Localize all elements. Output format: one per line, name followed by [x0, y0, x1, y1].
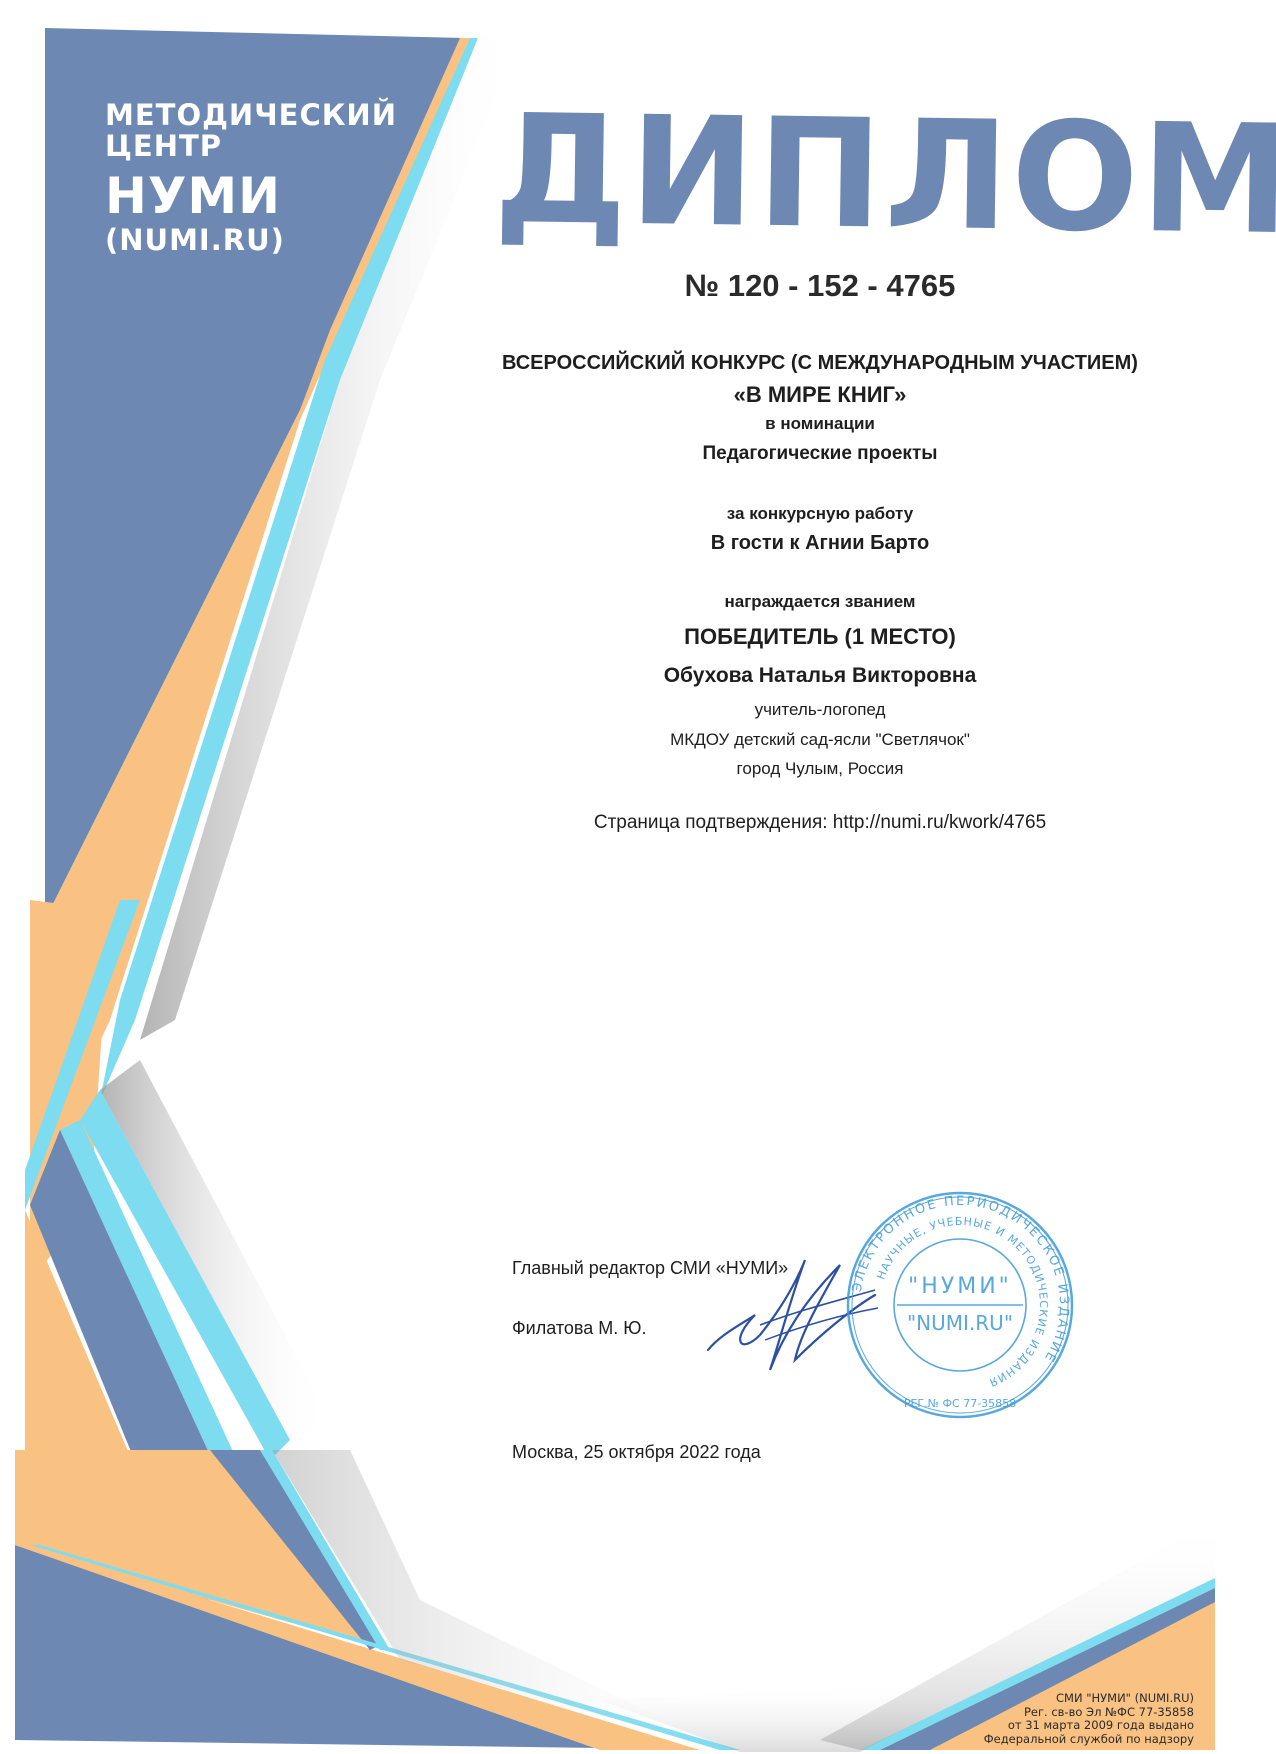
svg-text:РЕГ.№ ФС 77-35858: РЕГ.№ ФС 77-35858 — [904, 1397, 1016, 1410]
org-name: НУМИ — [105, 168, 397, 224]
org-site: (NUMI.RU) — [105, 224, 397, 256]
recipient-institution: МКДОУ детский сад-ясли "Светлячок" — [440, 730, 1200, 750]
svg-text:"NUMI.RU": "NUMI.RU" — [907, 1311, 1013, 1335]
svg-text:НАУЧНЫЕ, УЧЕБНЫЕ И МЕТОДИЧЕСКИ: НАУЧНЫЕ, УЧЕБНЫЕ И МЕТОДИЧЕСКИЕ ИЗДАНИЯ — [874, 1215, 1050, 1389]
org-line-1: МЕТОДИЧЕСКИЙ — [105, 100, 397, 131]
recipient-position: учитель-логопед — [440, 700, 1200, 720]
recipient-name: Обухова Наталья Викторовна — [440, 664, 1200, 688]
signer-name: Филатова М. Ю. — [512, 1318, 646, 1339]
organization-logo-block: МЕТОДИЧЕСКИЙ ЦЕНТР НУМИ (NUMI.RU) — [105, 100, 397, 256]
svg-text:"НУМИ": "НУМИ" — [908, 1274, 1012, 1299]
registration-line-1: СМИ "НУМИ" (NUMI.RU) — [984, 1692, 1194, 1706]
work-title: В гости к Агнии Барто — [440, 532, 1200, 555]
contest-name: «В МИРЕ КНИГ» — [440, 382, 1200, 408]
work-label: за конкурсную работу — [440, 504, 1200, 524]
contest-title: ВСЕРОССИЙСКИЙ КОНКУРС (С МЕЖДУНАРОДНЫМ У… — [440, 352, 1200, 375]
registration-line-3: от 31 марта 2009 года выдано — [984, 1719, 1194, 1733]
confirmation-link[interactable]: Страница подтверждения: http://numi.ru/k… — [440, 812, 1200, 834]
org-line-2: ЦЕНТР — [105, 131, 397, 162]
registration-line-2: Рег. св-во Эл №ФС 77-35858 — [984, 1706, 1194, 1720]
award-title: ПОБЕДИТЕЛЬ (1 МЕСТО) — [440, 624, 1200, 650]
diploma-number: № 120 - 152 - 4765 — [440, 268, 1200, 304]
recipient-city: город Чулым, Россия — [440, 759, 1200, 779]
document-title: ДИПЛОМ — [493, 95, 1195, 255]
registration-line-4: Федеральной службой по надзору — [984, 1733, 1194, 1747]
award-label: награждается званием — [440, 592, 1200, 612]
diploma-page: МЕТОДИЧЕСКИЙ ЦЕНТР НУМИ (NUMI.RU) ДИПЛОМ… — [0, 0, 1276, 1754]
place-date: Москва, 25 октября 2022 года — [512, 1442, 761, 1463]
nomination: Педагогические проекты — [440, 443, 1200, 465]
nomination-label: в номинации — [440, 414, 1200, 434]
registration-info: СМИ "НУМИ" (NUMI.RU) Рег. св-во Эл №ФС 7… — [984, 1692, 1194, 1746]
official-stamp-icon: ЭЛЕКТРОННОЕ ПЕРИОДИЧЕСКОЕ ИЗДАНИЕ НАУЧНЫ… — [835, 1185, 1085, 1425]
